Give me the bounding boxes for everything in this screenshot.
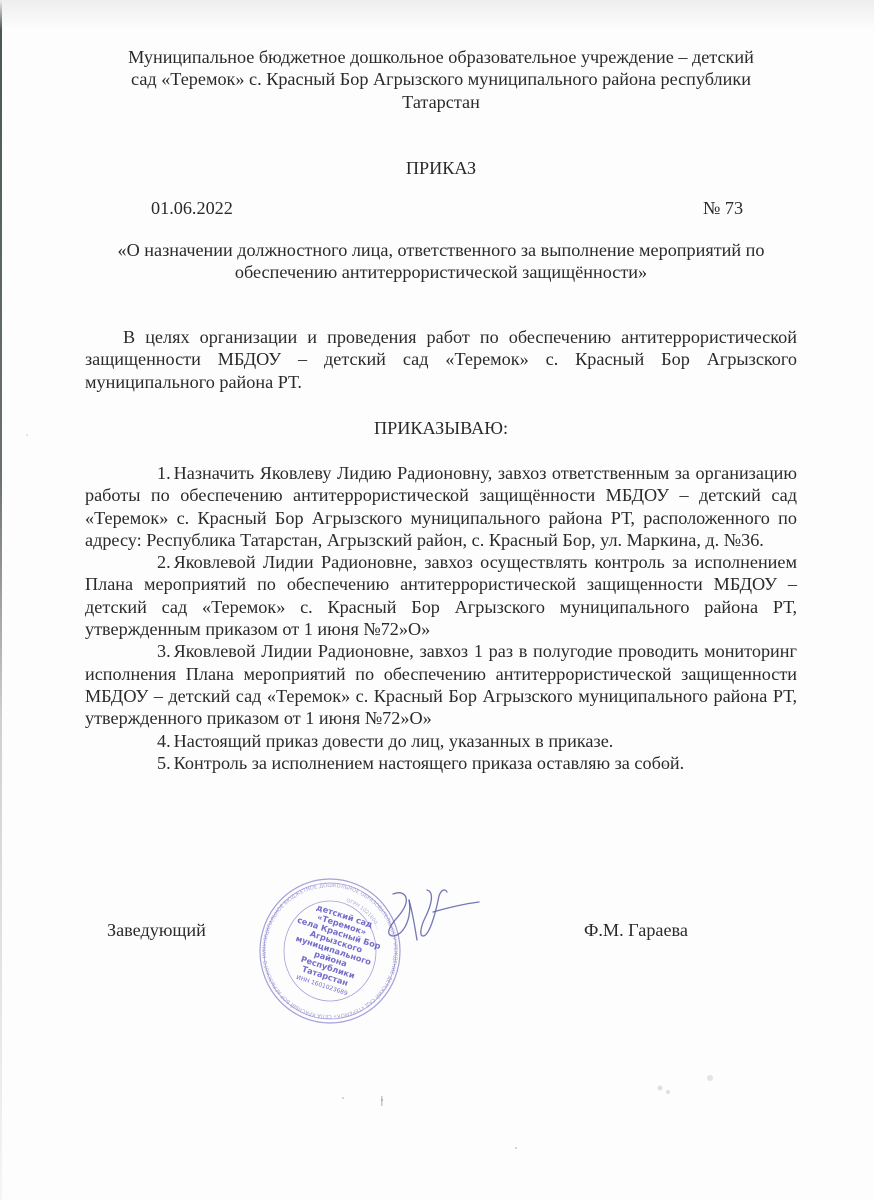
item-number: 2. [121,551,171,573]
item-number: 3. [121,640,171,662]
organization-line: Муниципальное бюджетное дошкольное образ… [85,46,797,68]
order-number: № 73 [703,197,743,219]
organization-header: Муниципальное бюджетное дошкольное образ… [85,46,797,113]
order-title-line: «О назначении должностного лица, ответст… [85,239,797,261]
organization-line: Татарстан [85,91,797,113]
order-date: 01.06.2022 [151,197,233,219]
signatory-position: Заведующий [107,919,206,941]
item-number: 1. [121,462,171,484]
item-text: Назначить Яковлеву Лидию Радионовну, зав… [85,463,797,550]
order-directive: ПРИКАЗЫВАЮ: [85,417,797,439]
scan-edge [0,0,2,1200]
item-text: Яковлевой Лидии Радионовне, завхоз осуще… [85,552,797,639]
item-text: Контроль за исполнением настоящего прика… [174,753,685,773]
preamble-paragraph: В целях организации и проведения работ п… [85,326,797,393]
handwritten-signature-icon [375,886,485,946]
item-text: Настоящий приказ довести до лиц, указанн… [174,731,614,751]
scan-shadow [0,0,874,30]
order-title-line: обеспечению антитеррористической защищён… [85,261,797,283]
order-items-list: 1.Назначить Яковлеву Лидию Радионовну, з… [85,462,797,774]
order-item: 5.Контроль за исполнением настоящего при… [85,752,797,774]
item-number: 4. [121,730,171,752]
order-item: 3.Яковлевой Лидии Радионовне, завхоз 1 р… [85,640,797,729]
order-item: 1.Назначить Яковлеву Лидию Радионовну, з… [85,462,797,551]
signature-block: Заведующий МУНИЦИПАЛЬНОЕ БЮДЖЕТНОЕ ДОШКО… [85,876,797,1036]
order-title: «О назначении должностного лица, ответст… [85,239,797,284]
document-type: ПРИКАЗ [85,157,797,179]
item-text: Яковлевой Лидии Радионовне, завхоз 1 раз… [85,641,797,728]
signatory-name: Ф.М. Гараева [584,919,688,941]
organization-line: сад «Теремок» с. Красный Бор Агрызского … [85,68,797,90]
order-item: 2.Яковлевой Лидии Радионовне, завхоз осу… [85,551,797,640]
item-number: 5. [121,752,171,774]
document-page: Муниципальное бюджетное дошкольное образ… [85,46,797,113]
order-item: 4.Настоящий приказ довести до лиц, указа… [85,730,797,752]
